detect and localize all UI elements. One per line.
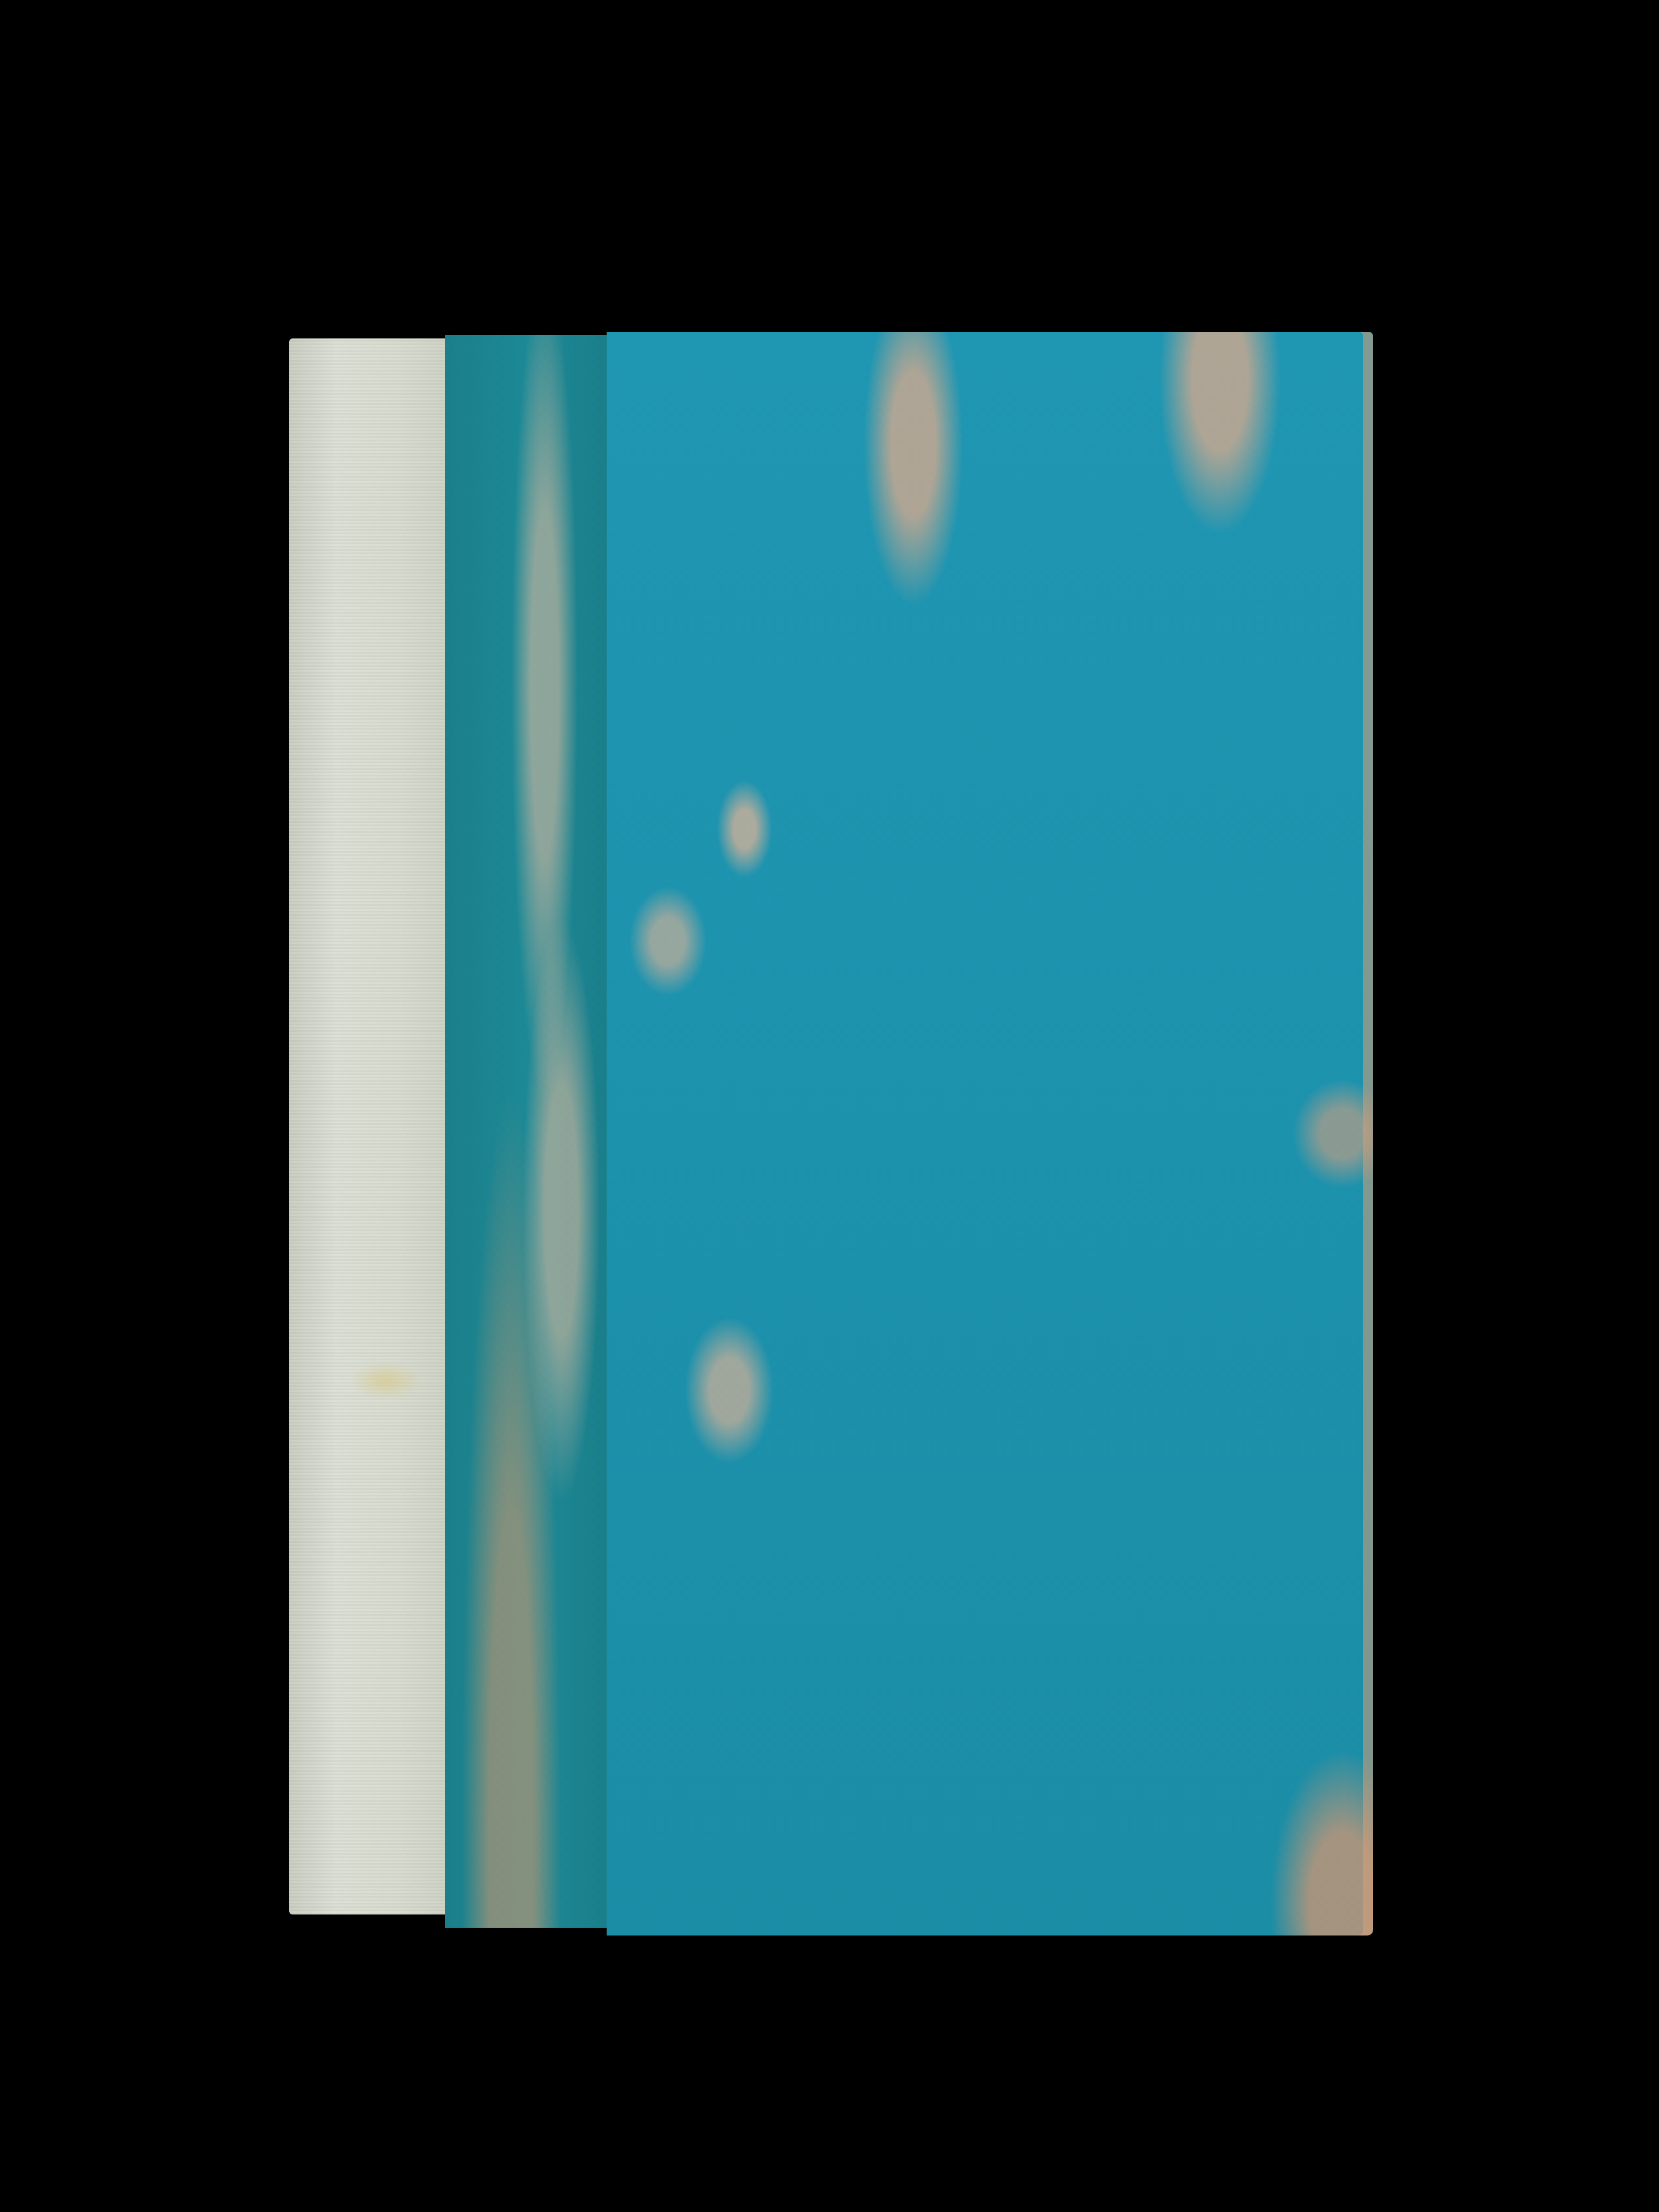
book: [289, 332, 1373, 1936]
cover-dark-band: [445, 335, 611, 1928]
spine-stain: [350, 1361, 422, 1400]
book-spine-cloth: [289, 338, 445, 1914]
book-front-cover: [607, 332, 1373, 1936]
